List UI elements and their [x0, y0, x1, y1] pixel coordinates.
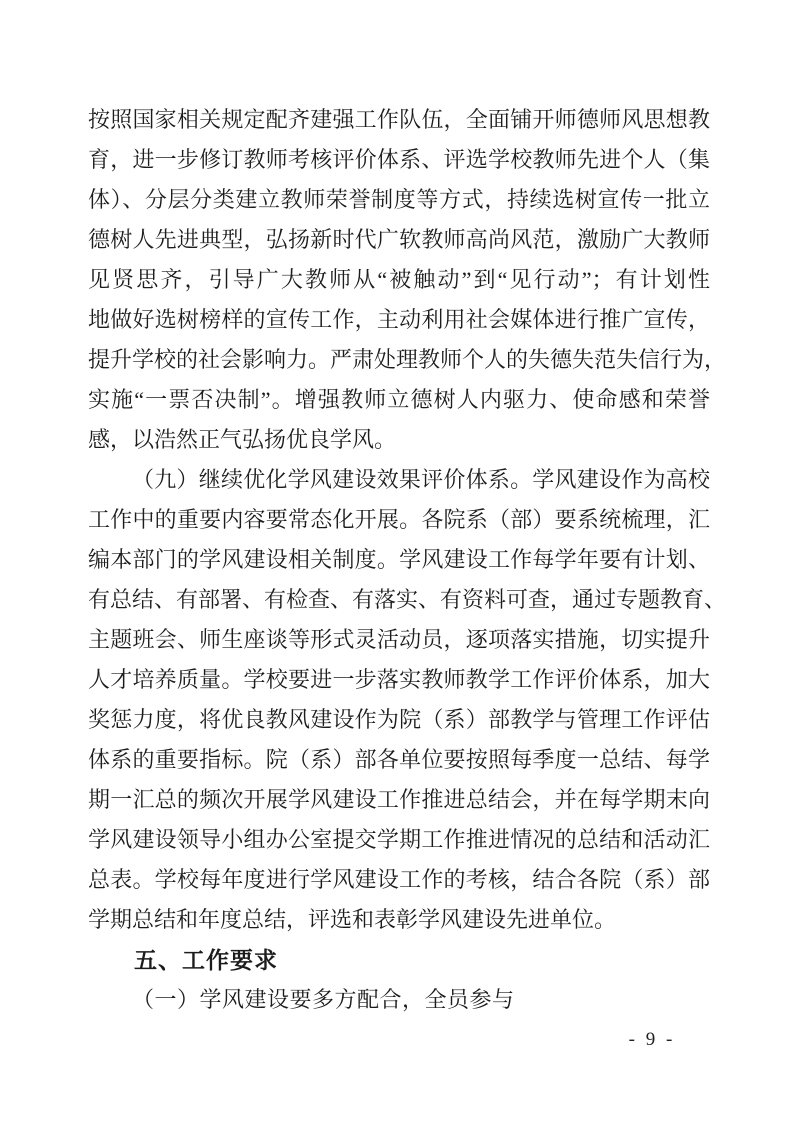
text-line: 实施“一票否决制”。增强教师立德树人内驱力、使命感和荣誉	[88, 380, 710, 420]
text-line: 总表。学校每年度进行学风建设工作的考核，结合各院（系）部	[88, 860, 710, 900]
section-heading: 五、工作要求	[88, 940, 710, 980]
text-block: 按照国家相关规定配齐建强工作队伍，全面铺开师德师风思想教育，进一步修订教师考核评…	[88, 100, 710, 1020]
text-line: 体系的重要指标。院（系）部各单位要按照每季度一总结、每学	[88, 740, 710, 780]
text-line: 提升学校的社会影响力。严肃处理教师个人的失德失范失信行为，	[88, 340, 710, 380]
text-line: 地做好选树榜样的宣传工作，主动利用社会媒体进行推广宣传，	[88, 300, 710, 340]
text-line: 育，进一步修订教师考核评价体系、评选学校教师先进个人（集	[88, 140, 710, 180]
text-line: 见贤思齐，引导广大教师从“被触动”到“见行动”；有计划性	[88, 260, 710, 300]
subsection-heading: （一）学风建设要多方配合，全员参与	[88, 980, 710, 1020]
text-line: 感，以浩然正气弘扬优良学风。	[88, 420, 710, 460]
text-line: 人才培养质量。学校要进一步落实教师教学工作评价体系，加大	[88, 660, 710, 700]
text-line: 学风建设领导小组办公室提交学期工作推进情况的总结和活动汇	[88, 820, 710, 860]
text-line: 主题班会、师生座谈等形式灵活动员，逐项落实措施，切实提升	[88, 620, 710, 660]
text-line: 工作中的重要内容要常态化开展。各院系（部）要系统梳理，汇	[88, 500, 710, 540]
text-line: 编本部门的学风建设相关制度。学风建设工作每学年要有计划、	[88, 540, 710, 580]
text-line: 期一汇总的频次开展学风建设工作推进总结会，并在每学期末向	[88, 780, 710, 820]
text-line: 奖惩力度，将优良教风建设作为院（系）部教学与管理工作评估	[88, 700, 710, 740]
document-page: 按照国家相关规定配齐建强工作队伍，全面铺开师德师风思想教育，进一步修订教师考核评…	[0, 0, 793, 1122]
text-line: 学期总结和年度总结，评选和表彰学风建设先进单位。	[88, 900, 710, 940]
page-number: - 9 -	[607, 1028, 697, 1052]
text-line: 德树人先进典型，弘扬新时代广软教师高尚风范，激励广大教师	[88, 220, 710, 260]
text-line: 有总结、有部署、有检查、有落实、有资料可查，通过专题教育、	[88, 580, 710, 620]
text-line: 按照国家相关规定配齐建强工作队伍，全面铺开师德师风思想教	[88, 100, 710, 140]
text-line: （九）继续优化学风建设效果评价体系。学风建设作为高校	[88, 460, 710, 500]
text-line: 体）、分层分类建立教师荣誉制度等方式，持续选树宣传一批立	[88, 180, 710, 220]
